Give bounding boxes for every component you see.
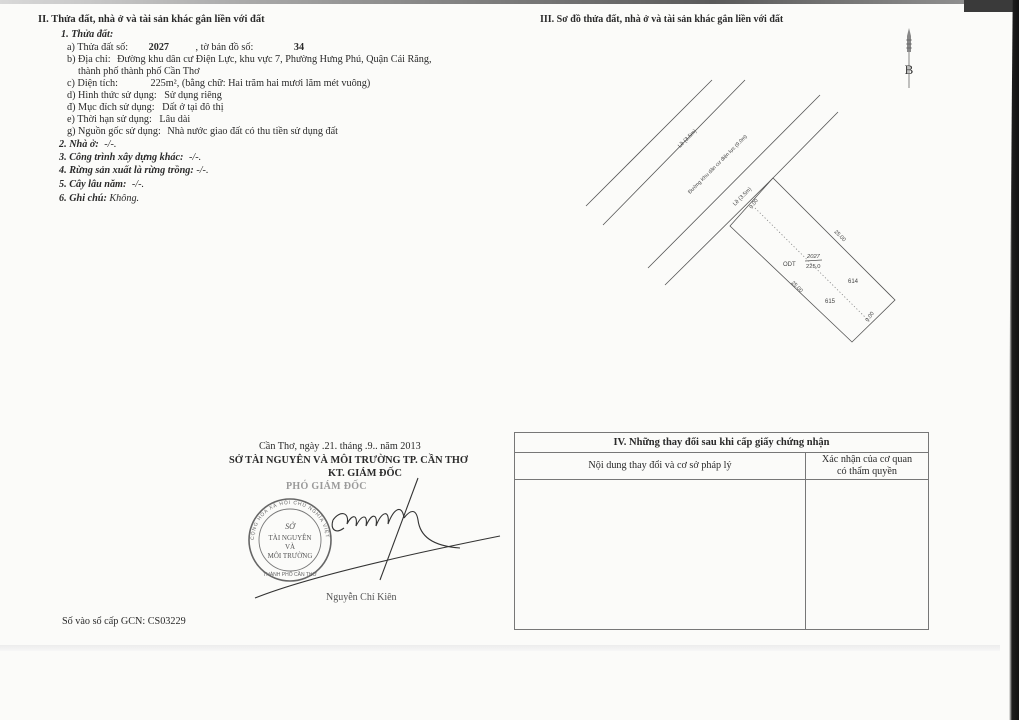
- parcel-area-diagram: 225.0: [806, 264, 821, 270]
- front-width-label: 9.00: [749, 198, 760, 210]
- registry-number-label: Số vào sổ cấp GCN:: [62, 616, 145, 627]
- neighbor-left-label: 615: [825, 299, 836, 305]
- changes-table-body: [515, 480, 928, 630]
- road-lines: [586, 80, 838, 285]
- parcel-number-diagram: 2027: [806, 254, 821, 260]
- issuing-agency: SỞ TÀI NGUYÊN VÀ MÔI TRƯỜNG TP. CẦN THƠ: [229, 455, 468, 466]
- svg-text:TÀI NGUYÊN: TÀI NGUYÊN: [269, 534, 312, 542]
- signer-name: Nguyễn Chí Kiên: [326, 592, 397, 603]
- col-authority-confirmation-header: Xác nhận của cơ quan có thẩm quyền: [806, 453, 928, 479]
- road-name-label: Đường Khu dân cư điện lực (9.0m): [687, 134, 749, 196]
- road-side-top-label: Lề (3.5m): [677, 128, 698, 149]
- changes-table-title: IV. Những thay đổi sau khi cấp giấy chứn…: [515, 433, 928, 453]
- issue-date: Cần Thơ, ngày .21. tháng .9.. năm 2013: [259, 441, 421, 452]
- change-content-cell: [515, 480, 806, 630]
- col-change-content-header: Nội dung thay đổi và cơ sở pháp lý: [515, 453, 806, 479]
- neighbor-right-label: 614: [848, 279, 859, 285]
- north-arrow-icon: [906, 28, 912, 88]
- deputy-director-title: PHÓ GIÁM ĐỐC: [286, 481, 367, 492]
- land-code-label: ODT: [783, 262, 796, 268]
- svg-text:SỞ: SỞ: [285, 521, 296, 531]
- authority-header-line1: Xác nhận của cơ quan: [806, 454, 928, 466]
- changes-table-header: Nội dung thay đổi và cơ sở pháp lý Xác n…: [515, 453, 928, 480]
- for-director-label: KT. GIÁM ĐỐC: [328, 468, 402, 479]
- official-stamp: SỞ TÀI NGUYÊN VÀ MÔI TRƯỜNG CỘNG HÒA XÃ …: [0, 0, 332, 581]
- changes-table: IV. Những thay đổi sau khi cấp giấy chứn…: [514, 432, 929, 630]
- svg-text:VÀ: VÀ: [285, 543, 295, 551]
- authority-header-line2: có thẩm quyền: [806, 466, 928, 478]
- fraction-bar: [805, 260, 822, 261]
- svg-text:MÔI TRƯỜNG: MÔI TRƯỜNG: [268, 552, 313, 560]
- left-length-label: 25.00: [790, 280, 804, 294]
- registry-number-value: CS03229: [148, 616, 186, 627]
- north-label: B: [905, 62, 914, 77]
- authority-confirmation-cell: [806, 480, 928, 630]
- registry-number-row: Số vào sổ cấp GCN: CS03229: [62, 616, 186, 627]
- right-length-label: 25.00: [833, 229, 847, 243]
- back-width-label: 9.00: [865, 311, 876, 323]
- svg-text:THÀNH PHỐ CẦN THƠ: THÀNH PHỐ CẦN THƠ: [263, 571, 317, 578]
